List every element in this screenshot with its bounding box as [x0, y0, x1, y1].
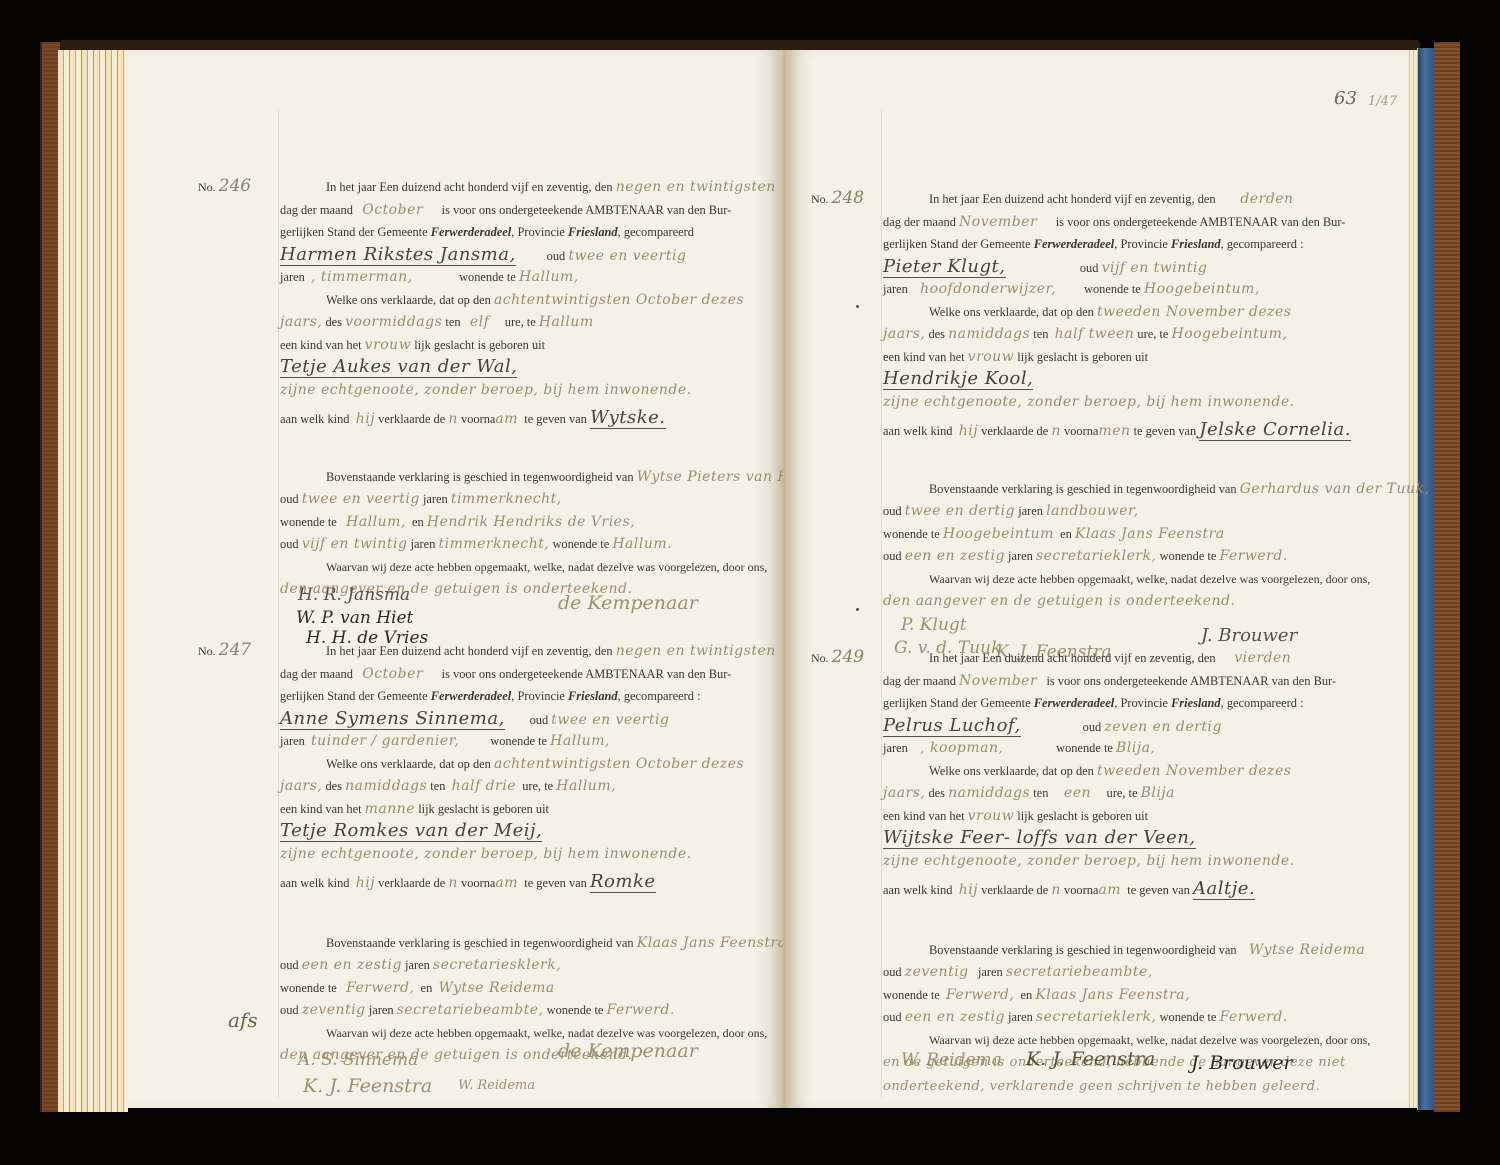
printed-text: en [412, 515, 424, 529]
handwritten-text: Ferwerd, [346, 980, 414, 996]
handwritten-text: n [1051, 423, 1061, 439]
printed-text: lijk geslacht is geboren uit [1017, 350, 1148, 364]
handwritten-mother-note: zijne echtgenoote, zonder beroep, bij he… [280, 846, 692, 862]
handwritten-text: timmerknecht, [451, 491, 562, 507]
printed-text: Bovenstaande verklaring is geschied in t… [929, 482, 1237, 496]
signature-official: de Kempenaar [558, 592, 698, 614]
signature: H. R. Jansma [298, 585, 410, 605]
printed-text: des [325, 779, 342, 793]
left-page-stack [58, 50, 128, 1112]
printed-text: een kind van het [883, 350, 965, 364]
handwritten-time-of-day: namiddags [345, 778, 427, 794]
handwritten-sex: vrouw [365, 337, 412, 353]
handwritten-witness-1: Wytse Reidema [1249, 942, 1365, 958]
handwritten-text: Ferwerd. [1219, 548, 1287, 564]
handwritten-text: n [1051, 882, 1061, 898]
signature-official: J. Brouwer [1191, 1052, 1293, 1074]
handwritten-text: secretariebeambte, [1006, 964, 1153, 980]
printed-text: verklaarde de [981, 424, 1048, 438]
printed-text: oud [280, 958, 299, 972]
printed-text: ten [1033, 327, 1048, 341]
handwritten-text: een en zestig [302, 957, 402, 973]
printed-text: , gecompareerd : [1221, 237, 1304, 251]
book-top-edge [60, 40, 1420, 50]
handwritten-time-of-day: namiddags [948, 785, 1030, 801]
printed-text: gerlijken Stand der Gemeente [883, 237, 1031, 251]
printed-text: en [1060, 527, 1072, 541]
printed-text: oud [883, 1010, 902, 1024]
handwritten-sex: vrouw [968, 808, 1015, 824]
gemeente-name: Ferwerderadeel [1034, 237, 1115, 251]
printed-text: voorna [461, 412, 495, 426]
printed-text: Waarvan wij deze acte hebben opgemaakt, … [326, 560, 767, 574]
handwritten-child-name: Jelske Cornelia. [1199, 419, 1351, 441]
printed-text: gerlijken Stand der Gemeente [280, 225, 428, 239]
handwritten-month: October [362, 666, 423, 682]
printed-text: In het jaar Een duizend acht honderd vij… [929, 192, 1216, 206]
printed-text: gerlijken Stand der Gemeente [280, 689, 428, 703]
handwritten-mother-note: zijne echtgenoote, zonder beroep, bij he… [280, 382, 692, 398]
signature: W. P. van Hiet [296, 608, 413, 628]
printed-text: oud [547, 249, 566, 263]
printed-text: Welke ons verklaarde, dat op den [326, 757, 491, 771]
handwritten-time-of-day: namiddags [948, 326, 1030, 342]
signature: W. Reidema [458, 1078, 535, 1093]
entry-number-label: No. 249 [811, 647, 864, 667]
birth-record-248: In het jaar Een duizend acht honderd vij… [883, 188, 1403, 613]
right-endpaper-marbled [1417, 48, 1434, 1110]
printed-text: een kind van het [280, 338, 362, 352]
printed-text: dag der maand [280, 667, 353, 681]
handwritten-witness-1: Klaas Jans Feenstra, [637, 935, 792, 951]
handwritten-declarant: Pieter Klugt, [883, 256, 1006, 278]
printed-text: ten [445, 315, 460, 329]
printed-text: jaren [1018, 504, 1043, 518]
printed-text: , gecompareerd [618, 225, 694, 239]
handwritten-text: n [448, 411, 458, 427]
printed-text: ure, te [1137, 327, 1168, 341]
printed-text: wonende te [883, 988, 940, 1002]
handwritten-residence: Hallum, [519, 269, 579, 285]
printed-text: wonende te [490, 734, 547, 748]
printed-text: , gecompareerd : [1221, 696, 1304, 710]
handwritten-text: twee en veertig [302, 491, 420, 507]
printed-text: is voor ons ondergeteekende AMBTENAAR va… [442, 203, 732, 217]
margin-rule [278, 110, 279, 1098]
left-cover-cloth [40, 42, 60, 1112]
handwritten-witness-1: Gerhardus van der Tuuk, [1240, 481, 1430, 497]
printed-text: jaren [280, 270, 305, 284]
handwritten-mother: Tetje Aukes van der Wal, [280, 356, 517, 378]
entry-number-label: No. 248 [811, 188, 864, 208]
printed-text: ure, te [1107, 786, 1138, 800]
handwritten-text: Hallum. [612, 536, 672, 552]
handwritten-day: vierden [1234, 650, 1291, 666]
handwritten-birth-place: Hoogebeintum, [1171, 326, 1287, 342]
printed-text: jaren [280, 734, 305, 748]
handwritten-sex: vrouw [968, 349, 1015, 365]
handwritten-child-name: Romke [590, 871, 656, 893]
handwritten-text: een en zestig [905, 548, 1005, 564]
printed-text: oud [1080, 261, 1099, 275]
handwritten-day: negen en twintigsten [616, 643, 776, 659]
handwritten-text: hij [356, 875, 375, 891]
handwritten-text: twee en dertig [905, 503, 1015, 519]
birth-record-249: In het jaar Een duizend acht honderd vij… [883, 647, 1403, 1098]
handwritten-text: zeventig [905, 964, 969, 980]
handwritten-text: jaars, [280, 314, 322, 330]
printed-text: In het jaar Een duizend acht honderd vij… [326, 644, 613, 658]
printed-text: wonende te [280, 981, 337, 995]
printed-text: ten [430, 779, 445, 793]
margin-rule [881, 110, 882, 1098]
handwritten-declarant: Pelrus Luchof, [883, 715, 1021, 737]
gemeente-name: Ferwerderadeel [431, 225, 512, 239]
handwritten-occupation: hoofdonderwijzer, [920, 281, 1056, 297]
handwritten-residence: Blija, [1116, 740, 1155, 756]
open-register-book: No. 246 In het jaar Een duizend acht hon… [40, 40, 1460, 1125]
handwritten-day: negen en twintigsten [616, 179, 776, 195]
signature-official: de Kempenaar [558, 1040, 698, 1062]
printed-text: Bovenstaande verklaring is geschied in t… [326, 470, 634, 484]
handwritten-occupation: , koopman, [920, 740, 1003, 756]
printed-text: jaren [369, 1003, 394, 1017]
handwritten-witness-2: Wytse Reidema [439, 980, 555, 996]
handwritten-closing: den aangever en de getuigen is onderteek… [883, 593, 1235, 609]
printed-text: , Provincie [511, 689, 565, 703]
handwritten-text: Ferwerd, [946, 987, 1014, 1003]
printed-text: Waarvan wij deze acte hebben opgemaakt, … [929, 1033, 1370, 1047]
entry-number: 249 [832, 647, 864, 667]
handwritten-text: men [1098, 423, 1130, 439]
gemeente-name: Ferwerderadeel [431, 689, 512, 703]
corner-annotation: 1/47 [1368, 94, 1397, 109]
printed-text: verklaarde de [981, 883, 1048, 897]
handwritten-hour: een [1064, 785, 1091, 801]
handwritten-witness-2: Klaas Jans Feenstra, [1035, 987, 1190, 1003]
printed-text: aan welk kind [883, 883, 953, 897]
handwritten-text: n [448, 875, 458, 891]
handwritten-text: secretariesklerk, [433, 957, 561, 973]
printed-text: oud [883, 549, 902, 563]
handwritten-declarant: Anne Symens Sinnema, [280, 708, 505, 730]
handwritten-birth-date: tweeden November dezes [1097, 304, 1292, 320]
printed-text: des [928, 327, 945, 341]
handwritten-witness-2: Klaas Jans Feenstra [1075, 526, 1225, 542]
printed-text: wonende te [883, 527, 940, 541]
printed-text: verklaarde de [378, 876, 445, 890]
handwritten-mother: Hendrikje Kool, [883, 368, 1033, 390]
handwritten-occupation: , timmerman, [311, 269, 413, 285]
handwritten-text: secretarieklerk, [1036, 1009, 1157, 1025]
handwritten-month: October [362, 202, 423, 218]
page-number: 63 [1334, 88, 1357, 109]
handwritten-mother-note: zijne echtgenoote, zonder beroep, bij he… [883, 853, 1295, 869]
printed-text: wonende te [1160, 1010, 1217, 1024]
handwritten-text: Hoogebeintum [943, 526, 1054, 542]
handwritten-text: timmerknecht, [438, 536, 549, 552]
printed-text: des [325, 315, 342, 329]
printed-text: jaren [405, 958, 430, 972]
printed-text: In het jaar Een duizend acht honderd vij… [929, 651, 1216, 665]
printed-text: oud [1083, 720, 1102, 734]
handwritten-birth-date: tweeden November dezes [1097, 763, 1292, 779]
handwritten-hour: half tween [1055, 326, 1135, 342]
handwritten-age: twee en veertig [551, 712, 669, 728]
printed-text: Waarvan wij deze acte hebben opgemaakt, … [326, 1026, 767, 1040]
signature: A. S. Sinnema [298, 1050, 418, 1070]
printed-text: verklaarde de [378, 412, 445, 426]
provincie-name: Friesland [568, 225, 618, 239]
signature: P. Klugt [901, 615, 967, 635]
handwritten-day: derden [1240, 191, 1293, 207]
birth-record-246: In het jaar Een duizend acht honderd vij… [280, 176, 780, 601]
handwritten-residence: Hallum, [550, 733, 610, 749]
handwritten-birth-date: achtentwintigsten October dezes [494, 292, 744, 308]
handwritten-text: secretarieklerk, [1036, 548, 1157, 564]
handwritten-text: landbouwer, [1046, 503, 1139, 519]
handwritten-child-name: Aaltje. [1193, 878, 1255, 900]
right-cover-cloth [1434, 42, 1460, 1112]
printed-text: wonende te [280, 515, 337, 529]
handwritten-birth-place: Hallum, [556, 778, 616, 794]
signature: K. J. Feenstra [303, 1075, 432, 1097]
handwritten-text: hij [356, 411, 375, 427]
printed-text: oud [530, 713, 549, 727]
printed-text: Welke ons verklaarde, dat op den [929, 305, 1094, 319]
handwritten-text: hij [959, 423, 978, 439]
printed-text: lijk geslacht is geboren uit [1017, 809, 1148, 823]
printed-text: is voor ons ondergeteekende AMBTENAAR va… [1046, 674, 1336, 688]
printed-text: dag der maand [883, 674, 956, 688]
handwritten-witness-2: Hendrik Hendriks de Vries, [427, 514, 635, 530]
printed-text: te geven van [1127, 883, 1190, 897]
printed-text: en [421, 981, 433, 995]
printed-text: dag der maand [280, 203, 353, 217]
printed-text: ure, te [522, 779, 553, 793]
printed-text: Bovenstaande verklaring is geschied in t… [929, 943, 1237, 957]
printed-text: wonende te [1056, 741, 1113, 755]
printed-text: voorna [1064, 424, 1098, 438]
margin-initials: afs [228, 1008, 258, 1032]
printed-text: oud [280, 1003, 299, 1017]
handwritten-age: twee en veertig [568, 248, 686, 264]
printed-text: is voor ons ondergeteekende AMBTENAAR va… [442, 667, 732, 681]
printed-text: lijk geslacht is geboren uit [414, 338, 545, 352]
provincie-name: Friesland [568, 689, 618, 703]
entry-number: 247 [219, 640, 251, 660]
handwritten-text: Ferwerd. [1219, 1009, 1287, 1025]
handwritten-month: November [959, 673, 1037, 689]
printed-text: Waarvan wij deze acte hebben opgemaakt, … [929, 572, 1370, 586]
provincie-name: Friesland [1171, 696, 1221, 710]
printed-text: lijk geslacht is geboren uit [418, 802, 549, 816]
signature: W. Reidema [901, 1050, 1002, 1070]
printed-text: jaren [883, 282, 908, 296]
handwritten-text: Hallum, [346, 514, 406, 530]
printed-text: is voor ons ondergeteekende AMBTENAAR va… [1056, 215, 1346, 229]
printed-text: , Provincie [511, 225, 565, 239]
handwritten-declarant: Harmen Rikstes Jansma, [280, 244, 516, 266]
printed-text: gerlijken Stand der Gemeente [883, 696, 1031, 710]
printed-text: te geven van [1134, 424, 1197, 438]
handwritten-month: November [959, 214, 1037, 230]
printed-text: en [1021, 988, 1033, 1002]
signature-official: J. Brouwer [1201, 625, 1297, 646]
handwritten-text: Ferwerd. [607, 1002, 675, 1018]
handwritten-text: zeventig [302, 1002, 366, 1018]
printed-text: jaren [1008, 1010, 1033, 1024]
handwritten-mother: Wijtske Feer- loffs van der Veen, [883, 827, 1196, 849]
printed-text: wonende te [1160, 549, 1217, 563]
provincie-name: Friesland [1171, 237, 1221, 251]
printed-text: In het jaar Een duizend acht honderd vij… [326, 180, 613, 194]
entry-number: 248 [832, 188, 864, 208]
handwritten-mother: Tetje Romkes van der Meij, [280, 820, 542, 842]
signature: K. J. Feenstra [1026, 1048, 1155, 1070]
printed-text: jaren [883, 741, 908, 755]
handwritten-text: jaars, [280, 778, 322, 794]
printed-text: dag der maand [883, 215, 956, 229]
handwritten-text: een en zestig [905, 1009, 1005, 1025]
printed-text: Welke ons verklaarde, dat op den [326, 293, 491, 307]
handwritten-text: am [495, 411, 518, 427]
handwritten-occupation: tuinder / gardenier, [311, 733, 459, 749]
handwritten-birth-place: Hallum [539, 314, 594, 330]
printed-text: ure, te [505, 315, 536, 329]
printed-text: wonende te [1084, 282, 1141, 296]
printed-text: jaren [423, 492, 448, 506]
printed-text: voorna [1064, 883, 1098, 897]
handwritten-mother-note: zijne echtgenoote, zonder beroep, bij he… [883, 394, 1295, 410]
printed-text: des [928, 786, 945, 800]
handwritten-hour: half drie [452, 778, 516, 794]
printed-text: aan welk kind [883, 424, 953, 438]
entry-number: 246 [219, 176, 251, 196]
printed-text: , Provincie [1114, 237, 1168, 251]
printed-text: oud [883, 504, 902, 518]
right-page: 63 1/47 No. 248 In het jaar Een duizend … [786, 50, 1408, 1108]
left-page: No. 246 In het jaar Een duizend acht hon… [128, 50, 783, 1108]
printed-text: te geven van [524, 876, 587, 890]
handwritten-age: zeven en dertig [1104, 719, 1222, 735]
entry-number-label: No. 247 [198, 640, 251, 660]
handwritten-birth-place: Blija [1141, 785, 1175, 801]
handwritten-child-name: Wytske. [590, 407, 666, 429]
printed-text: wonende te [547, 1003, 604, 1017]
ink-dot [856, 608, 859, 611]
entry-number-label: No. 246 [198, 176, 251, 196]
printed-text: te geven van [524, 412, 587, 426]
printed-text: wonende te [459, 270, 516, 284]
handwritten-text: jaars, [883, 326, 925, 342]
handwritten-residence: Hoogebeintum, [1144, 281, 1260, 297]
handwritten-age: vijf en twintig [1102, 260, 1208, 276]
printed-text: ten [1033, 786, 1048, 800]
printed-text: een kind van het [883, 809, 965, 823]
handwritten-text: am [495, 875, 518, 891]
printed-text: jaren [411, 537, 436, 551]
printed-text: oud [280, 537, 299, 551]
printed-text: wonende te [552, 537, 609, 551]
ink-dot [856, 305, 859, 308]
printed-text: , Provincie [1114, 696, 1168, 710]
handwritten-sex: manne [365, 801, 415, 817]
printed-text: oud [883, 965, 902, 979]
printed-text: aan welk kind [280, 876, 350, 890]
printed-text: Welke ons verklaarde, dat op den [929, 764, 1094, 778]
handwritten-text: am [1098, 882, 1121, 898]
printed-text: jaren [978, 965, 1003, 979]
printed-text: oud [280, 492, 299, 506]
handwritten-text: jaars, [883, 785, 925, 801]
printed-text: jaren [1008, 549, 1033, 563]
printed-text: , gecompareerd : [618, 689, 701, 703]
handwritten-text: vijf en twintig [302, 536, 408, 552]
handwritten-text: hij [959, 882, 978, 898]
birth-record-247: In het jaar Een duizend acht honderd vij… [280, 640, 780, 1067]
printed-text: Bovenstaande verklaring is geschied in t… [326, 936, 634, 950]
handwritten-text: secretariebeambte, [397, 1002, 544, 1018]
printed-text: aan welk kind [280, 412, 350, 426]
handwritten-hour: elf [470, 314, 489, 330]
handwritten-birth-date: achtentwintigsten October dezes [494, 756, 744, 772]
gemeente-name: Ferwerderadeel [1034, 696, 1115, 710]
handwritten-time-of-day: voormiddags [345, 314, 442, 330]
printed-text: voorna [461, 876, 495, 890]
printed-text: een kind van het [280, 802, 362, 816]
